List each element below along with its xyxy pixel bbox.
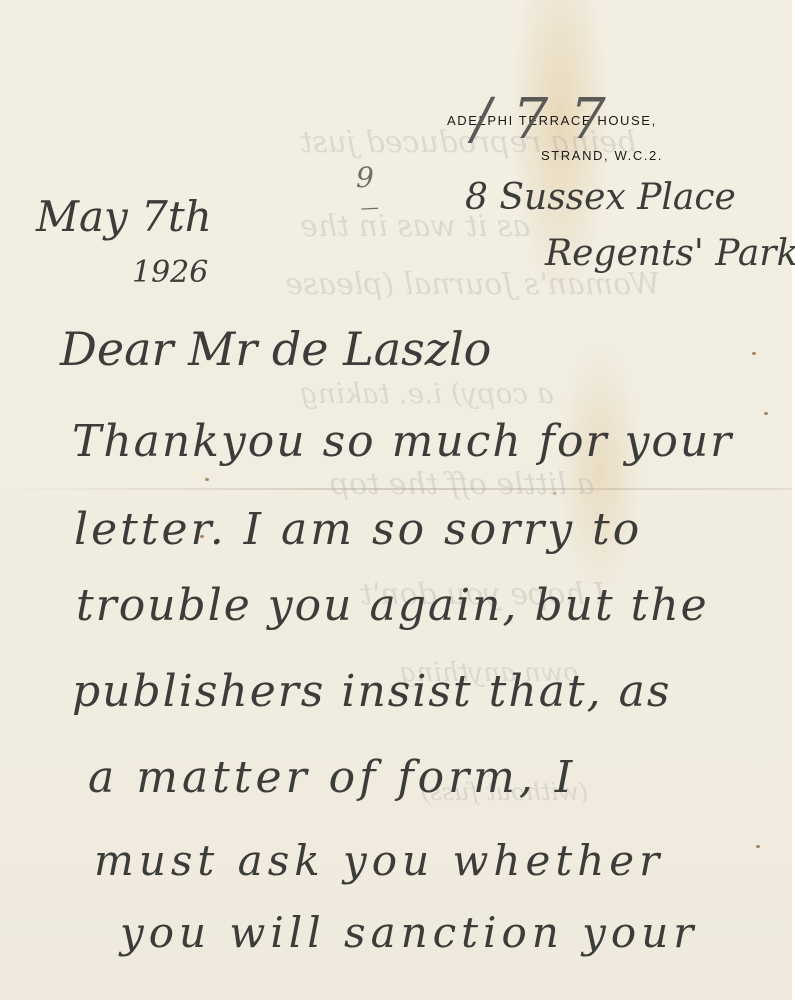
- foxing-spot: [752, 352, 756, 355]
- date-year: 1926: [132, 258, 208, 288]
- body-line: a matter of form, I: [88, 756, 576, 800]
- salutation: Dear Mr de Laszlo: [60, 326, 491, 372]
- show-through-line: a copy) i.e. taking: [300, 380, 554, 408]
- body-line: trouble you again, but the: [76, 584, 709, 628]
- foxing-spot: [756, 845, 760, 848]
- address-line-1: 8 Sussex Place: [465, 180, 736, 216]
- show-through-line: Woman's Journal (please: [285, 270, 660, 300]
- date-day-text: May 7th: [36, 192, 212, 241]
- body-line: you will sanction your: [120, 912, 698, 954]
- address-line-2: Regents' Park: [545, 236, 795, 272]
- body-line: letter. I am so sorry to: [74, 508, 642, 552]
- foxing-spot: [553, 492, 557, 495]
- body-line: publishers insist that, as: [72, 670, 671, 714]
- body-line: Thankyou so much for your: [72, 420, 733, 464]
- pencil-page-number: 9: [356, 164, 374, 192]
- date-day: May 7th: [36, 196, 212, 238]
- reference-mark: / 7 7: [472, 92, 608, 148]
- letter-page: being reproduced just as it was in the W…: [0, 0, 795, 1000]
- foxing-spot: [200, 535, 204, 538]
- body-line: must ask you whether: [94, 840, 664, 882]
- foxing-spot: [764, 412, 768, 415]
- paper-fold-crease: [0, 488, 795, 490]
- foxing-spot: [205, 478, 209, 481]
- show-through-line: a little off the top: [330, 470, 594, 500]
